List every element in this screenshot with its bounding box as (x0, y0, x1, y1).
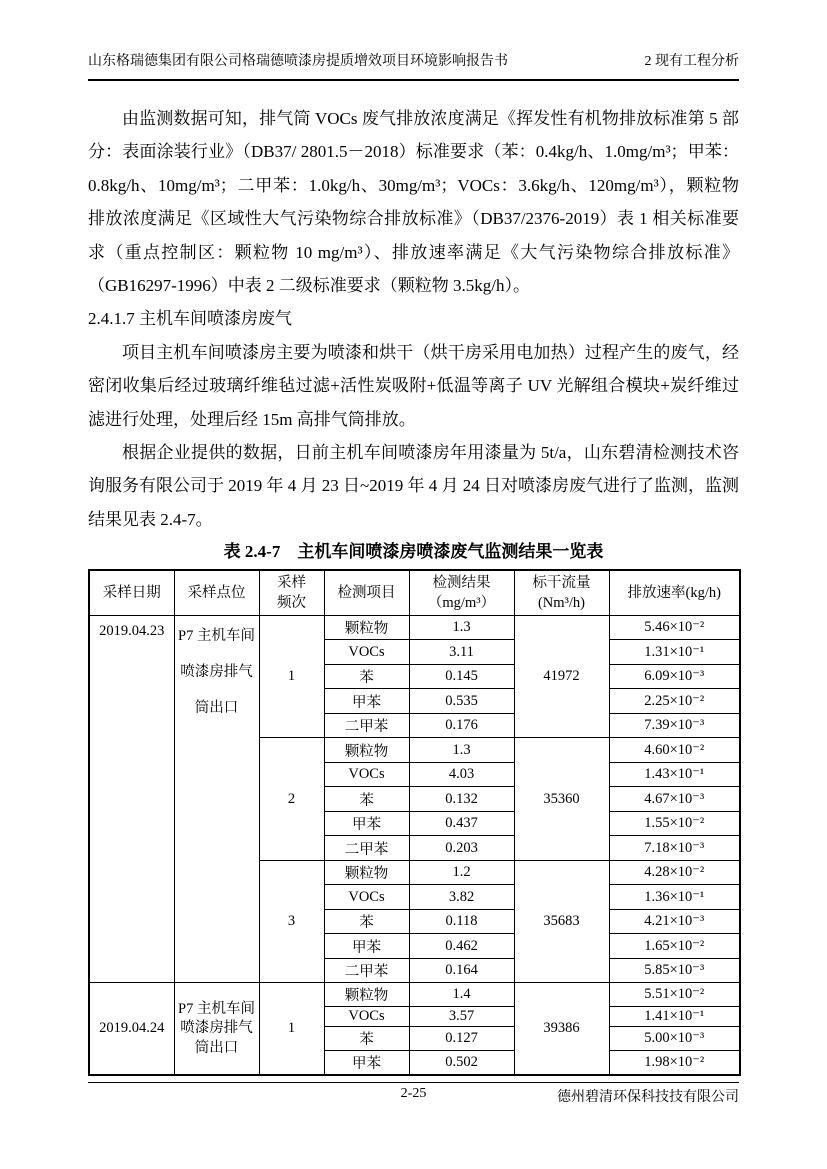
pollutant-cell: 二甲苯 (324, 958, 409, 983)
page-content: 由监测数据可知，排气筒 VOCs 废气排放浓度满足《挥发性有机物排放标准第 5 … (88, 83, 739, 1076)
pollutant-cell: 苯 (324, 787, 409, 812)
header-chapter-title: 2 现有工程分析 (645, 50, 740, 70)
section-heading: 2.4.1.7 主机车间喷漆房废气 (88, 302, 739, 335)
pollutant-cell: 甲苯 (324, 689, 409, 714)
result-cell: 3.82 (409, 885, 514, 910)
result-cell: 0.145 (409, 664, 514, 689)
flow-rate-cell: 41972 (514, 615, 609, 738)
pollutant-cell: 甲苯 (324, 934, 409, 959)
column-header: 采样频次 (259, 570, 324, 615)
emission-rate-cell: 5.85×10⁻³ (609, 958, 740, 983)
result-cell: 4.03 (409, 762, 514, 787)
column-header: 采样日期 (89, 570, 174, 615)
footer-company-name: 德州碧清环保科技技有限公司 (557, 1086, 739, 1106)
paragraph-emission-standards: 由监测数据可知，排气筒 VOCs 废气排放浓度满足《挥发性有机物排放标准第 5 … (88, 102, 739, 302)
table-row: 2019.04.23P7 主机车间喷漆房排气筒出口1颗粒物1.3419725.4… (89, 615, 740, 640)
sample-frequency-cell: 1 (259, 983, 324, 1076)
emission-rate-cell: 1.55×10⁻² (609, 811, 740, 836)
emission-rate-cell: 1.43×10⁻¹ (609, 762, 740, 787)
sample-date-cell: 2019.04.24 (89, 983, 174, 1076)
emission-rate-cell: 1.41×10⁻¹ (609, 1007, 740, 1027)
emission-rate-cell: 7.39×10⁻³ (609, 713, 740, 738)
emission-rate-cell: 5.51×10⁻² (609, 983, 740, 1007)
table-header-row: 采样日期采样点位采样频次检测项目检测结果（mg/m³）标干流量(Nm³/h)排放… (89, 570, 740, 615)
pollutant-cell: 颗粒物 (324, 738, 409, 763)
pollutant-cell: 二甲苯 (324, 836, 409, 861)
table-row: 2019.04.24P7 主机车间喷漆房排气筒出口1颗粒物1.4393865.5… (89, 983, 740, 1007)
result-cell: 0.132 (409, 787, 514, 812)
column-header: 标干流量(Nm³/h) (514, 570, 609, 615)
monitoring-table-body: 采样日期采样点位采样频次检测项目检测结果（mg/m³）标干流量(Nm³/h)排放… (89, 570, 740, 1075)
result-cell: 0.502 (409, 1051, 514, 1076)
pollutant-cell: VOCs (324, 762, 409, 787)
emission-rate-cell: 4.67×10⁻³ (609, 787, 740, 812)
emission-rate-cell: 4.60×10⁻² (609, 738, 740, 763)
result-cell: 1.3 (409, 615, 514, 640)
result-cell: 3.11 (409, 640, 514, 665)
result-cell: 1.4 (409, 983, 514, 1007)
column-header: 检测项目 (324, 570, 409, 615)
column-header: 检测结果（mg/m³） (409, 570, 514, 615)
emission-rate-cell: 2.25×10⁻² (609, 689, 740, 714)
result-cell: 1.2 (409, 860, 514, 885)
emission-rate-cell: 5.46×10⁻² (609, 615, 740, 640)
table-caption: 表 2.4-7 主机车间喷漆房喷漆废气监测结果一览表 (88, 540, 739, 564)
flow-rate-cell: 39386 (514, 983, 609, 1076)
pollutant-cell: 苯 (324, 1027, 409, 1051)
flow-rate-cell: 35360 (514, 738, 609, 861)
page-footer: 2-25 德州碧清环保科技技有限公司 (88, 1082, 739, 1106)
emission-rate-cell: 7.18×10⁻³ (609, 836, 740, 861)
sample-location-cell: P7 主机车间喷漆房排气筒出口 (174, 615, 259, 983)
column-header: 采样点位 (174, 570, 259, 615)
pollutant-cell: 颗粒物 (324, 615, 409, 640)
sample-frequency-cell: 1 (259, 615, 324, 738)
flow-rate-cell: 35683 (514, 860, 609, 983)
pollutant-cell: VOCs (324, 640, 409, 665)
emission-rate-cell: 6.09×10⁻³ (609, 664, 740, 689)
emission-rate-cell: 5.00×10⁻³ (609, 1027, 740, 1051)
result-cell: 0.535 (409, 689, 514, 714)
sample-date-cell: 2019.04.23 (89, 615, 174, 983)
paragraph-treatment-process: 项目主机车间喷漆房主要为喷漆和烘干（烘干房采用电加热）过程产生的废气，经密闭收集… (88, 336, 739, 436)
document-page: 山东格瑞德集团有限公司格瑞德喷漆房提质增效项目环境影响报告书 2 现有工程分析 … (0, 0, 827, 1169)
emission-rate-cell: 4.21×10⁻³ (609, 909, 740, 934)
pollutant-cell: 颗粒物 (324, 983, 409, 1007)
result-cell: 0.176 (409, 713, 514, 738)
pollutant-cell: 颗粒物 (324, 860, 409, 885)
result-cell: 3.57 (409, 1007, 514, 1027)
column-header: 排放速率(kg/h) (609, 570, 740, 615)
emission-rate-cell: 4.28×10⁻² (609, 860, 740, 885)
header-report-title: 山东格瑞德集团有限公司格瑞德喷漆房提质增效项目环境影响报告书 (88, 50, 508, 70)
paragraph-monitoring-info: 根据企业提供的数据，日前主机车间喷漆房年用漆量为 5t/a，山东碧清检测技术咨询… (88, 436, 739, 536)
pollutant-cell: 苯 (324, 664, 409, 689)
result-cell: 0.437 (409, 811, 514, 836)
pollutant-cell: VOCs (324, 885, 409, 910)
result-cell: 0.462 (409, 934, 514, 959)
emission-rate-cell: 1.36×10⁻¹ (609, 885, 740, 910)
pollutant-cell: 甲苯 (324, 1051, 409, 1076)
pollutant-cell: 甲苯 (324, 811, 409, 836)
monitoring-results-table: 采样日期采样点位采样频次检测项目检测结果（mg/m³）标干流量(Nm³/h)排放… (88, 569, 741, 1076)
result-cell: 0.127 (409, 1027, 514, 1051)
emission-rate-cell: 1.98×10⁻² (609, 1051, 740, 1076)
pollutant-cell: 苯 (324, 909, 409, 934)
sample-frequency-cell: 2 (259, 738, 324, 861)
pollutant-cell: 二甲苯 (324, 713, 409, 738)
result-cell: 0.203 (409, 836, 514, 861)
pollutant-cell: VOCs (324, 1007, 409, 1027)
page-header: 山东格瑞德集团有限公司格瑞德喷漆房提质增效项目环境影响报告书 2 现有工程分析 (88, 50, 739, 81)
result-cell: 0.118 (409, 909, 514, 934)
result-cell: 0.164 (409, 958, 514, 983)
emission-rate-cell: 1.65×10⁻² (609, 934, 740, 959)
emission-rate-cell: 1.31×10⁻¹ (609, 640, 740, 665)
sample-frequency-cell: 3 (259, 860, 324, 983)
result-cell: 1.3 (409, 738, 514, 763)
sample-location-cell: P7 主机车间喷漆房排气筒出口 (174, 983, 259, 1076)
